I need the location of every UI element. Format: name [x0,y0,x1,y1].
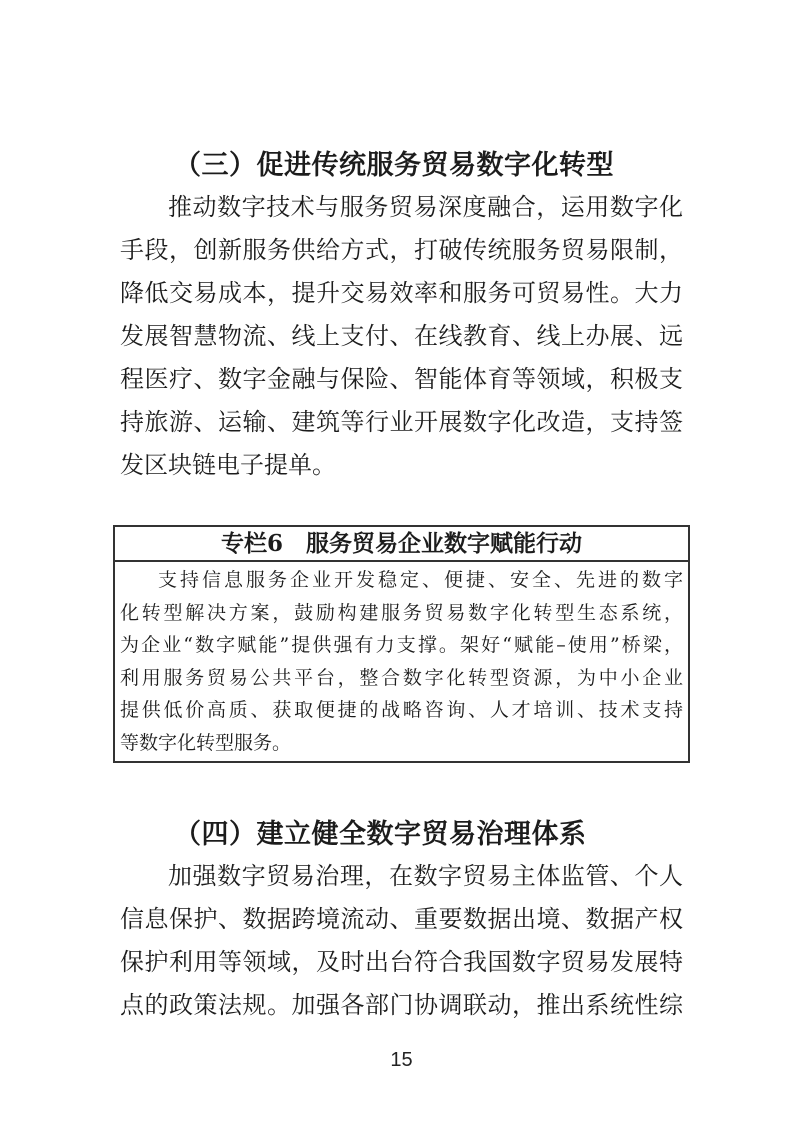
text-line: 发区块链电子提单。 [120,444,683,487]
box-text-line: 为企业“数字赋能”提供强有力支撑。架好“赋能–使用”桥梁， [120,629,683,662]
section-3-heading: （三）促进传统服务贸易数字化转型 [120,150,683,182]
text-line: 信息保护、数据跨境流动、重要数据出境、数据产权 [120,898,683,941]
text-line: 保护利用等领域，及时出台符合我国数字贸易发展特 [120,941,683,984]
box-text-line: 利用服务贸易公共平台，整合数字化转型资源，为中小企业 [120,662,683,695]
text-line: 加强数字贸易治理，在数字贸易主体监管、个人 [120,855,683,898]
text-line: 推动数字技术与服务贸易深度融合，运用数字化 [120,186,683,229]
box-text-line: 等数字化转型服务。 [120,727,683,760]
column-box-6-body: 支持信息服务企业开发稳定、便捷、安全、先进的数字 化转型解决方案，鼓励构建服务贸… [115,562,688,761]
box-text-line: 化转型解决方案，鼓励构建服务贸易数字化转型生态系统， [120,597,683,630]
section-3-paragraph: 推动数字技术与服务贸易深度融合，运用数字化 手段，创新服务供给方式，打破传统服务… [120,186,683,487]
box-text-line: 支持信息服务企业开发稳定、便捷、安全、先进的数字 [120,564,683,597]
text-line: 降低交易成本，提升交易效率和服务可贸易性。大力 [120,272,683,315]
column-box-6-title: 专栏6 服务贸易企业数字赋能行动 [115,527,688,562]
section-4-paragraph: 加强数字贸易治理，在数字贸易主体监管、个人 信息保护、数据跨境流动、重要数据出境… [120,855,683,1027]
section-4-heading: （四）建立健全数字贸易治理体系 [120,819,683,851]
text-line: 手段，创新服务供给方式，打破传统服务贸易限制， [120,229,683,272]
text-line: 程医疗、数字金融与保险、智能体育等领域，积极支 [120,358,683,401]
text-line: 发展智慧物流、线上支付、在线教育、线上办展、远 [120,315,683,358]
box-text-line: 提供低价高质、获取便捷的战略咨询、人才培训、技术支持 [120,694,683,727]
text-line: 点的政策法规。加强各部门协调联动，推出系统性综 [120,984,683,1027]
column-box-6: 专栏6 服务贸易企业数字赋能行动 支持信息服务企业开发稳定、便捷、安全、先进的数… [113,525,690,763]
document-page: （三）促进传统服务贸易数字化转型 推动数字技术与服务贸易深度融合，运用数字化 手… [0,0,800,1131]
page-number: 15 [120,1048,683,1072]
text-line: 持旅游、运输、建筑等行业开展数字化改造，支持签 [120,401,683,444]
